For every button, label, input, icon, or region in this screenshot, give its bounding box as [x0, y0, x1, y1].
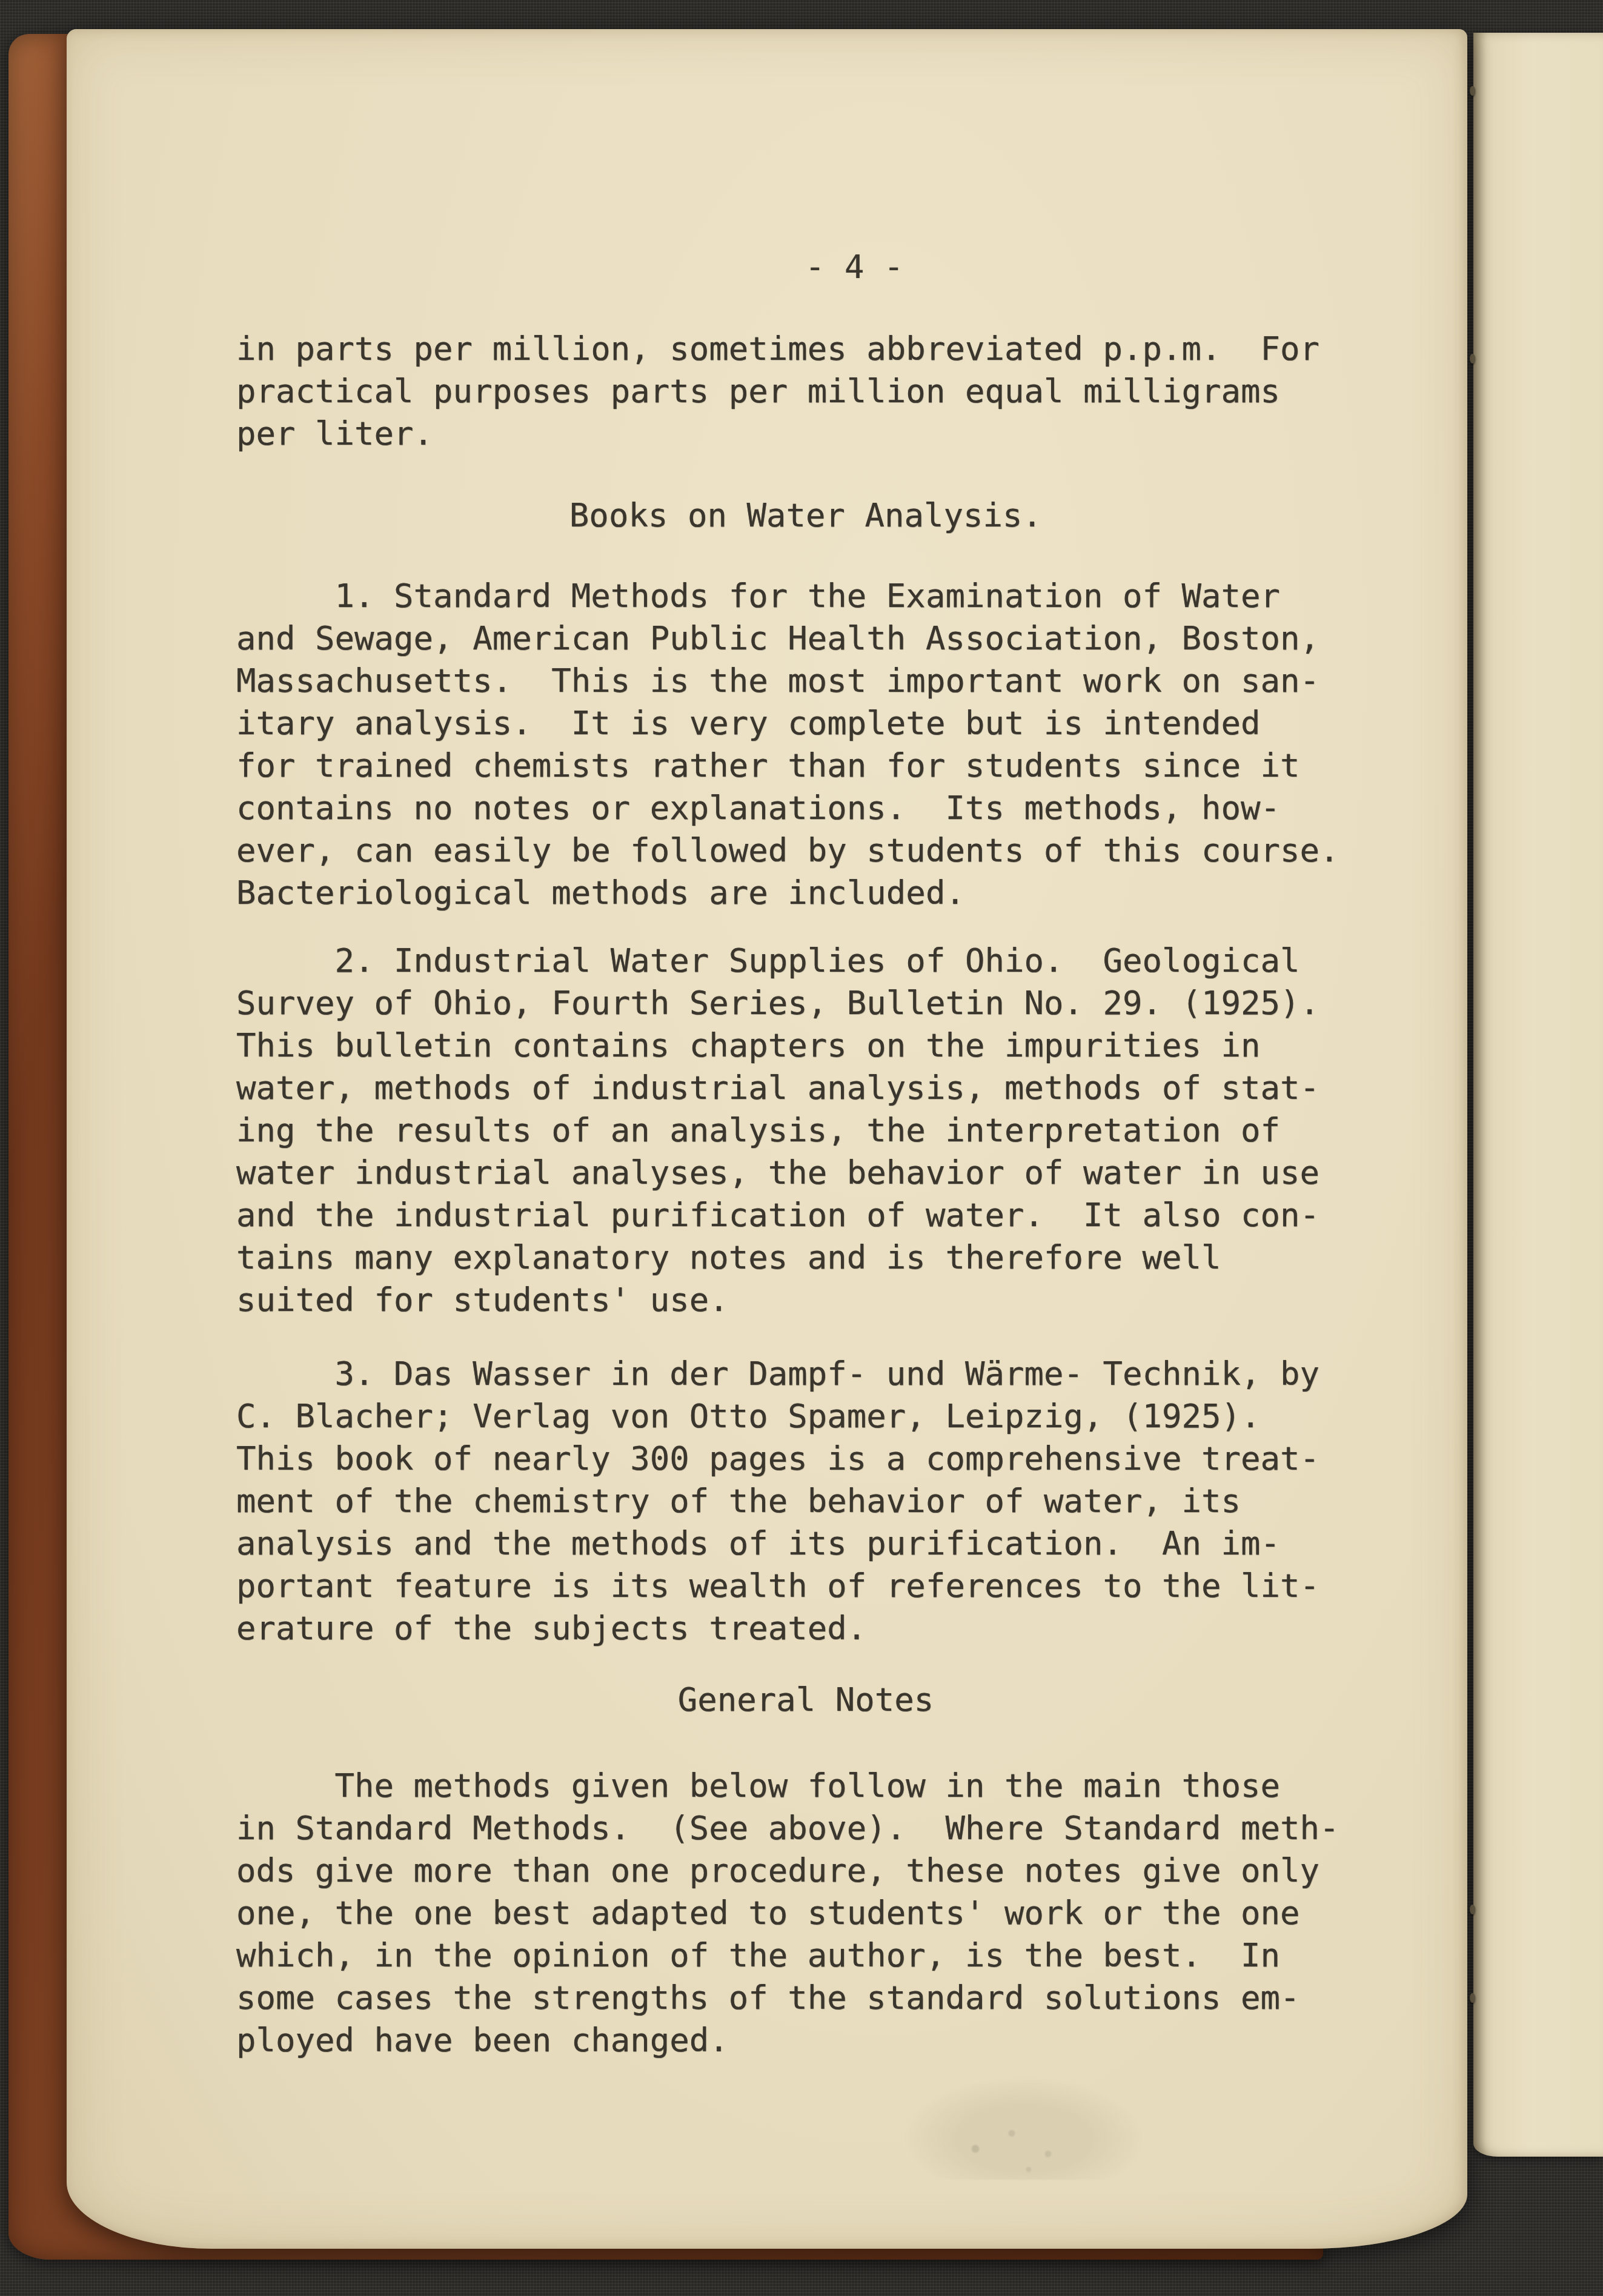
book-entry-2-industrial-water-supplies: 2. Industrial Water Supplies of Ohio. Ge… — [236, 940, 1375, 1321]
binding-stitch — [1470, 354, 1475, 363]
next-page-edge — [1473, 33, 1603, 2157]
section-heading-books-on-water-analysis: Books on Water Analysis. — [236, 494, 1375, 537]
binding-stitch — [1470, 1993, 1475, 2003]
intro-paragraph: in parts per million, sometimes abbrevia… — [236, 328, 1375, 455]
general-notes-paragraph: The methods given below follow in the ma… — [236, 1765, 1375, 2062]
binding-stitch — [1470, 1905, 1475, 1914]
scanned-book-photo: - 4 - in parts per million, sometimes ab… — [0, 0, 1603, 2296]
binding-stitch — [1470, 86, 1475, 96]
paper-smudge — [903, 2077, 1145, 2180]
typewritten-page: - 4 - in parts per million, sometimes ab… — [67, 29, 1467, 2249]
book-entry-3-das-wasser: 3. Das Wasser in der Dampf- und Wärme- T… — [236, 1353, 1375, 1650]
section-heading-general-notes: General Notes — [236, 1679, 1375, 1721]
page-number: - 4 - — [805, 246, 904, 288]
book-entry-1-standard-methods: 1. Standard Methods for the Examination … — [236, 575, 1375, 914]
